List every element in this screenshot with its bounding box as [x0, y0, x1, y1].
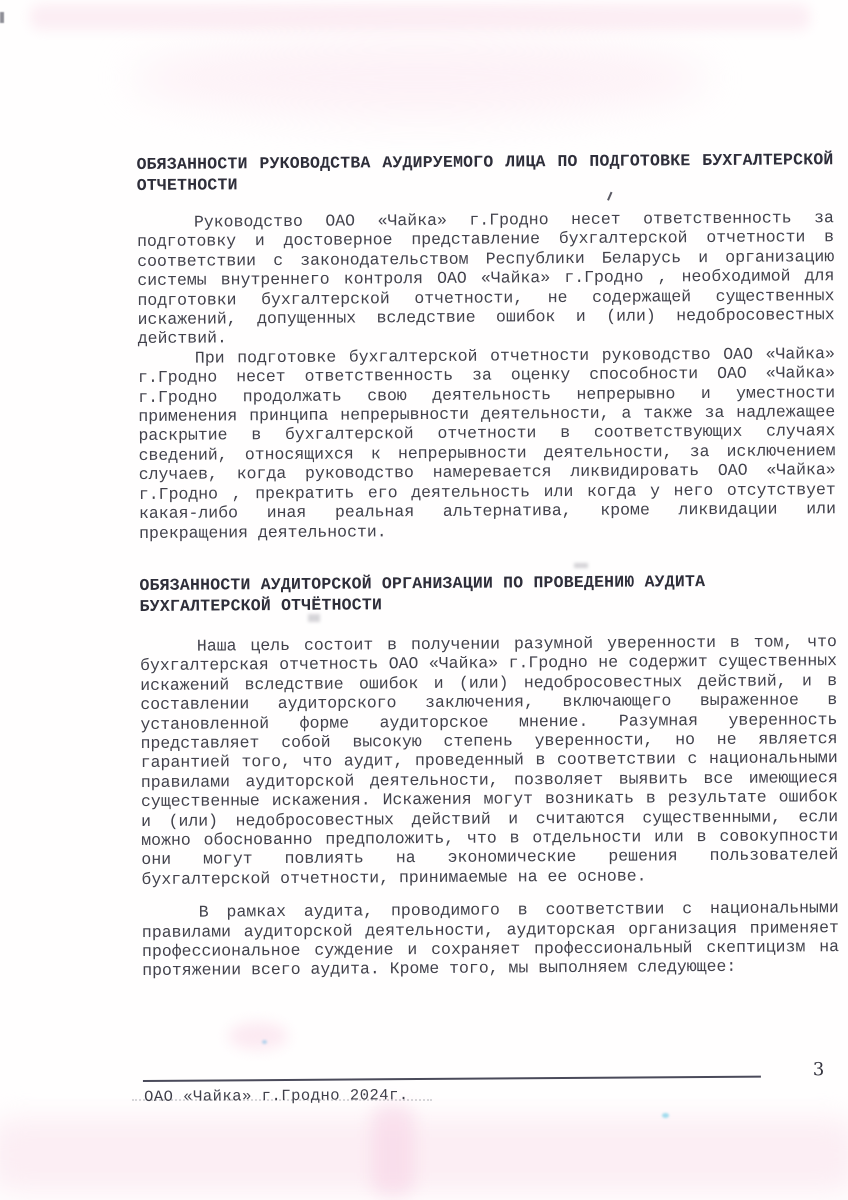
section-heading-management: ОБЯЗАННОСТИ РУКОВОДСТВА АУДИРУЕМОГО ЛИЦА… [136, 149, 833, 196]
paragraph-management-1: Руководство ОАО «Чайка» г.Гродно несет о… [137, 208, 835, 349]
section-heading-auditor: ОБЯЗАННОСТИ АУДИТОРСКОЙ ОРГАНИЗАЦИИ ПО П… [139, 570, 836, 617]
paragraph-auditor-2: В рамках аудита, проводимого в соответст… [142, 898, 840, 980]
document-body: ОБЯЗАННОСТИ РУКОВОДСТВА АУДИРУЕМОГО ЛИЦА… [136, 149, 839, 981]
section-auditor-responsibilities: ОБЯЗАННОСТИ АУДИТОРСКОЙ ОРГАНИЗАЦИИ ПО П… [139, 570, 839, 981]
paragraph-auditor-1: Наша цель состоит в получении разумной у… [140, 632, 839, 889]
document-sheet: ОБЯЗАННОСТИ РУКОВОДСТВА АУДИРУЕМОГО ЛИЦА… [0, 0, 848, 1200]
paragraph-management-2: При подготовке бухгалтерской отчетности … [138, 344, 836, 543]
scanned-document-page: ОБЯЗАННОСТИ РУКОВОДСТВА АУДИРУЕМОГО ЛИЦА… [0, 0, 848, 1200]
footer-rule [143, 1076, 761, 1082]
footer-company-label: ОАО «Чайка» г.Гродно 2024г. [144, 1086, 409, 1106]
section-management-responsibilities: ОБЯЗАННОСТИ РУКОВОДСТВА АУДИРУЕМОГО ЛИЦА… [136, 149, 836, 543]
page-number: 3 [813, 1059, 825, 1080]
